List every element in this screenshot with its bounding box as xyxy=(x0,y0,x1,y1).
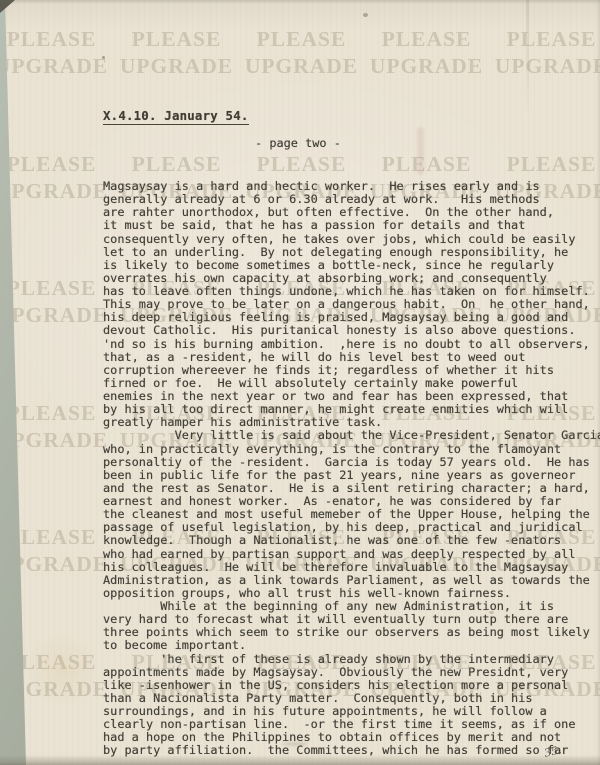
scanned-paper-page: PLEASEUPGRADEPLEASEUPGRADEPLEASEUPGRADEP… xyxy=(0,0,600,765)
typewritten-body: Magsaysay is a hard and hectic worker. H… xyxy=(103,180,600,758)
page-label: - page two - xyxy=(255,136,341,150)
paper-speck xyxy=(363,13,368,17)
paper-top-edge xyxy=(0,0,600,4)
paper-stain xyxy=(417,127,424,175)
paper-stain xyxy=(22,628,102,712)
document-reference: X.4.10. January 54. xyxy=(103,108,249,125)
paper-fold-line xyxy=(526,0,529,118)
paper-speck xyxy=(102,56,105,59)
